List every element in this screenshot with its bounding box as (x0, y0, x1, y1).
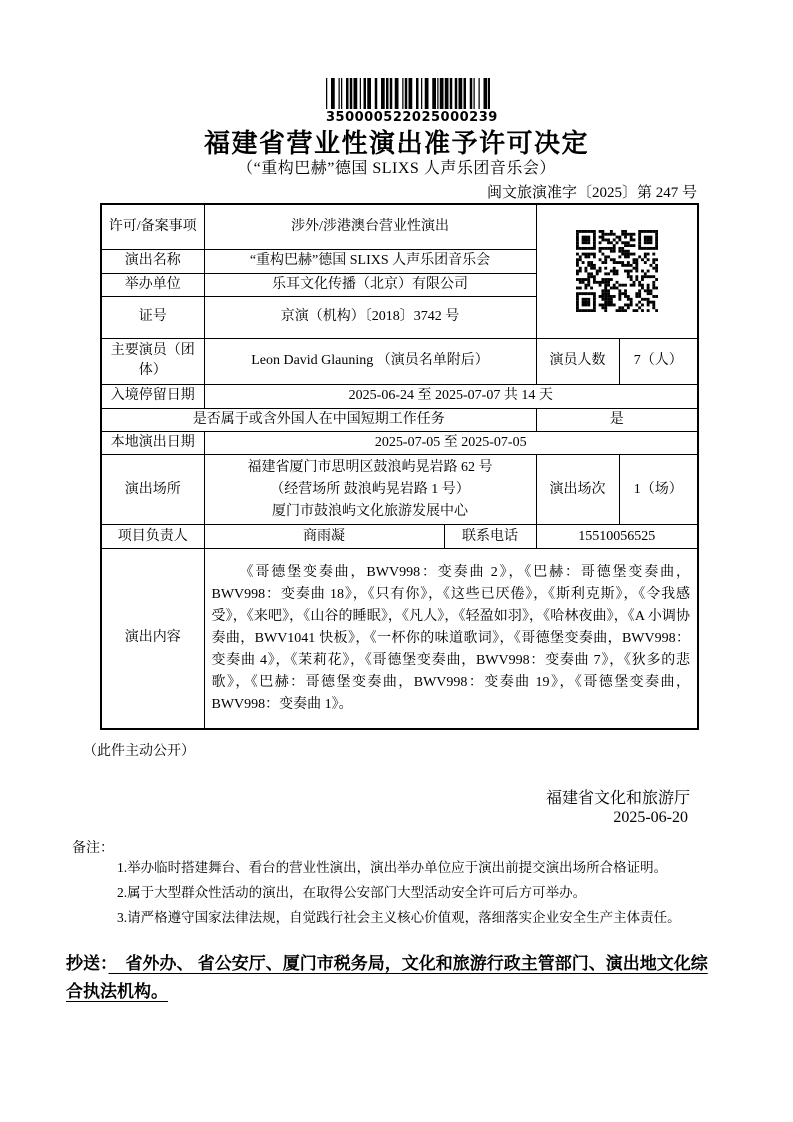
main-performers-value: Leon David Glauning （演员名单附后） (204, 338, 536, 384)
project-manager-label: 项目负责人 (101, 525, 204, 549)
barcode-image (326, 78, 490, 109)
venue-label: 演出场所 (101, 455, 204, 525)
row-local-dates: 本地演出日期 2025-07-05 至 2025-07-05 (101, 432, 698, 455)
sessions-label: 演出场次 (536, 455, 619, 525)
project-manager-name: 商雨凝 (204, 525, 444, 549)
issuing-authority: 福建省文化和旅游厅 (390, 785, 690, 808)
entry-stay-label: 入境停留日期 (101, 384, 204, 408)
row-permit-item: 许可/备案事项 涉外/涉港澳台营业性演出 (101, 204, 698, 249)
performer-count-value: 7（人） (619, 338, 698, 384)
qr-code-image (576, 230, 658, 312)
barcode: 350000522025000239 (326, 78, 492, 125)
performance-content-label: 演出内容 (101, 549, 204, 729)
organizer-value: 乐耳文化传播（北京）有限公司 (204, 273, 536, 296)
row-main-performers: 主要演员（团体） Leon David Glauning （演员名单附后） 演员… (101, 338, 698, 384)
note-item-1: 1.举办临时搭建舞台、看台的营业性演出，演出举办单位应于演出前提交演出场所合格证… (117, 855, 677, 880)
row-project-manager: 项目负责人 商雨凝 联系电话 15510056525 (101, 525, 698, 549)
performance-name-label: 演出名称 (101, 249, 204, 273)
main-performers-label: 主要演员（团体） (101, 338, 204, 384)
organizer-label: 举办单位 (101, 273, 204, 296)
issue-date: 2025-06-20 (390, 809, 688, 827)
venue-value: 福建省厦门市思明区鼓浪屿晃岩路 62 号 （经营场所 鼓浪屿晃岩路 1 号） 厦… (204, 455, 536, 525)
phone-label: 联系电话 (444, 525, 536, 549)
disclosure-note: （此件主动公开） (83, 740, 195, 760)
row-short-term-work: 是否属于或含外国人在中国短期工作任务 是 (101, 408, 698, 431)
cc-block: 抄送： 省外办、 省公安厅、厦门市税务局，文化和旅游行政主管部门、演出地文化综合… (66, 950, 714, 1006)
row-entry-stay: 入境停留日期 2025-06-24 至 2025-07-07 共 14 天 (101, 384, 698, 408)
qr-code-cell (536, 204, 698, 338)
license-no-label: 证号 (101, 296, 204, 338)
venue-line-3: 厦门市鼓浪屿文化旅游发展中心 (208, 501, 533, 523)
permit-document-page: 350000522025000239 福建省营业性演出准予许可决定 （“重构巴赫… (0, 0, 793, 1122)
local-dates-label: 本地演出日期 (101, 432, 204, 455)
venue-line-1: 福建省厦门市思明区鼓浪屿晃岩路 62 号 (208, 457, 533, 479)
note-item-2: 2.属于大型群众性活动的演出，在取得公安部门大型活动安全许可后方可举办。 (117, 880, 677, 905)
sessions-value: 1（场） (619, 455, 698, 525)
performance-content-value: 《哥德堡变奏曲，BWV998：变奏曲 2》，《巴赫：哥德堡变奏曲，BWV998：… (204, 549, 698, 729)
performer-count-label: 演员人数 (536, 338, 619, 384)
row-venue: 演出场所 福建省厦门市思明区鼓浪屿晃岩路 62 号 （经营场所 鼓浪屿晃岩路 1… (101, 455, 698, 525)
document-number: 闽文旅演准字〔2025〕第 247 号 (100, 181, 697, 202)
permit-item-value: 涉外/涉港澳台营业性演出 (204, 204, 536, 249)
local-dates-value: 2025-07-05 至 2025-07-05 (204, 432, 698, 455)
short-term-work-question: 是否属于或含外国人在中国短期工作任务 (101, 408, 536, 431)
venue-line-2: （经营场所 鼓浪屿晃岩路 1 号） (208, 479, 533, 501)
document-subtitle: （“重构巴赫”德国 SLIXS 人声乐团音乐会） (0, 155, 793, 178)
row-performance-content: 演出内容 《哥德堡变奏曲，BWV998：变奏曲 2》，《巴赫：哥德堡变奏曲，BW… (101, 549, 698, 729)
note-item-3: 3.请严格遵守国家法律法规，自觉践行社会主义核心价值观，落细落实企业安全生产主体… (117, 905, 677, 930)
cc-text: 省外办、 省公安厅、厦门市税务局，文化和旅游行政主管部门、演出地文化综合执法机构… (66, 954, 708, 1001)
cc-label: 抄送： (66, 954, 109, 973)
license-no-value: 京演（机构）〔2018〕3742 号 (204, 296, 536, 338)
phone-value: 15510056525 (536, 525, 698, 549)
notes-label: 备注： (72, 837, 114, 857)
notes-list: 1.举办临时搭建舞台、看台的营业性演出，演出举办单位应于演出前提交演出场所合格证… (117, 855, 677, 930)
performance-name-value: “重构巴赫”德国 SLIXS 人声乐团音乐会 (204, 249, 536, 273)
permit-details-table: 许可/备案事项 涉外/涉港澳台营业性演出 演出名称 “重构巴赫”德国 SLIXS… (100, 203, 699, 730)
permit-item-label: 许可/备案事项 (101, 204, 204, 249)
short-term-work-answer: 是 (536, 408, 698, 431)
entry-stay-value: 2025-06-24 至 2025-07-07 共 14 天 (204, 384, 698, 408)
